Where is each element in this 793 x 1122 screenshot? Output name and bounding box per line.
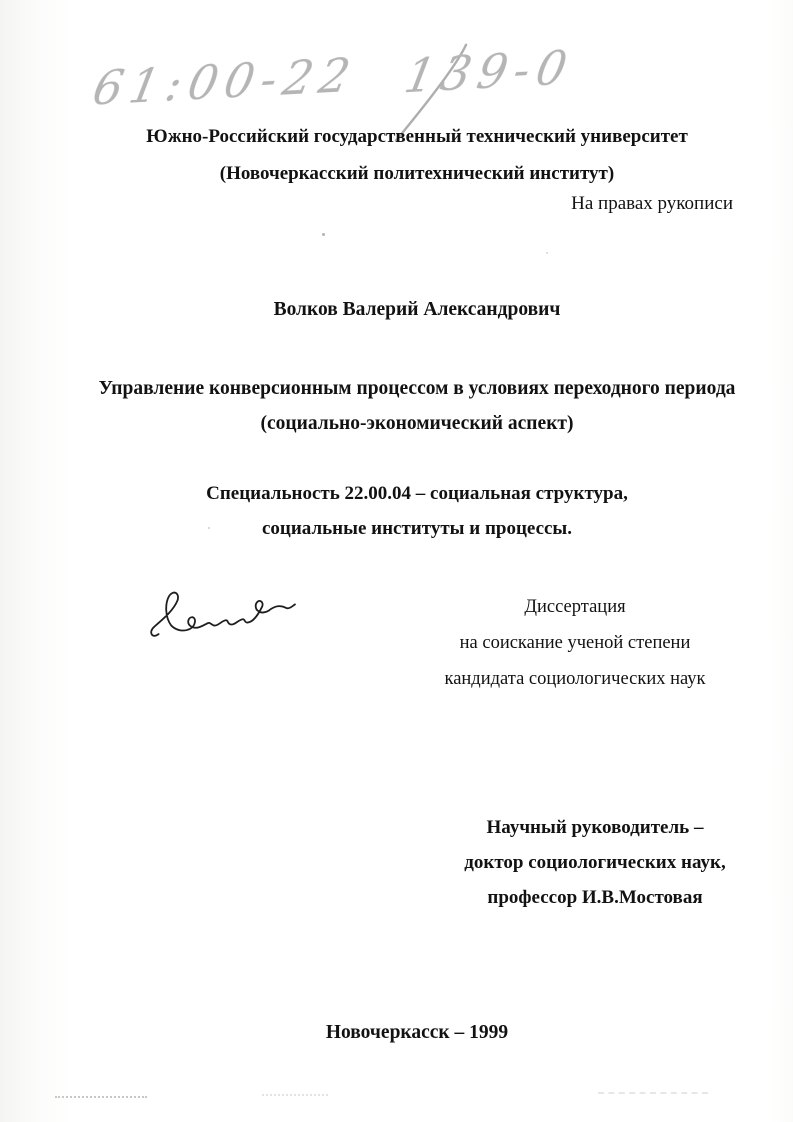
city-year: Новочеркасск – 1999	[38, 1022, 793, 1044]
thesis-line-3: кандидата социологических наук	[380, 661, 770, 697]
university-name: Южно-Российский государственный техничес…	[38, 118, 793, 155]
thesis-line-2: на соискание ученой степени	[380, 625, 770, 661]
dissertation-title: Управление конверсионным процессом в усл…	[38, 371, 793, 441]
scan-speck	[546, 252, 548, 254]
supervisor-block: Научный руководитель – доктор социологич…	[410, 810, 780, 915]
university-header: Южно-Российский государственный техничес…	[38, 118, 793, 192]
title-line-1: Управление конверсионным процессом в усл…	[38, 371, 793, 406]
supervisor-line-2: доктор социологических наук,	[410, 845, 780, 880]
institute-name: (Новочеркасский политехнический институт…	[38, 155, 793, 192]
title-line-2: (социально-экономический аспект)	[38, 406, 793, 441]
thesis-line-1: Диссертация	[380, 589, 770, 625]
author-name-block: Волков Валерий Александрович	[38, 299, 793, 321]
author-name: Волков Валерий Александрович	[38, 299, 793, 321]
specialty-line-1: Специальность 22.00.04 – социальная стру…	[38, 476, 793, 511]
specialty-block: Специальность 22.00.04 – социальная стру…	[38, 476, 793, 546]
supervisor-line-3: профессор И.В.Мостовая	[410, 880, 780, 915]
catalog-number-part1: 61:00-22	[89, 47, 362, 115]
scanned-title-page: 61:00-22 139-0 Южно-Российский государст…	[0, 0, 793, 1122]
scan-speck	[208, 527, 210, 529]
supervisor-line-1: Научный руководитель –	[410, 810, 780, 845]
city-year-block: Новочеркасск – 1999	[38, 1022, 793, 1044]
scan-artifact-dashes	[598, 1092, 708, 1094]
scan-artifact-dotted-line	[55, 1096, 147, 1098]
scan-speck	[322, 233, 325, 236]
scan-artifact-smudge	[262, 1094, 328, 1096]
handwritten-signature	[148, 586, 296, 644]
manuscript-rights-note: На правах рукописи	[571, 193, 733, 215]
catalog-number-part2: 139-0	[400, 40, 578, 103]
thesis-degree-block: Диссертация на соискание ученой степени …	[380, 589, 770, 697]
specialty-line-2: социальные институты и процессы.	[38, 511, 793, 546]
